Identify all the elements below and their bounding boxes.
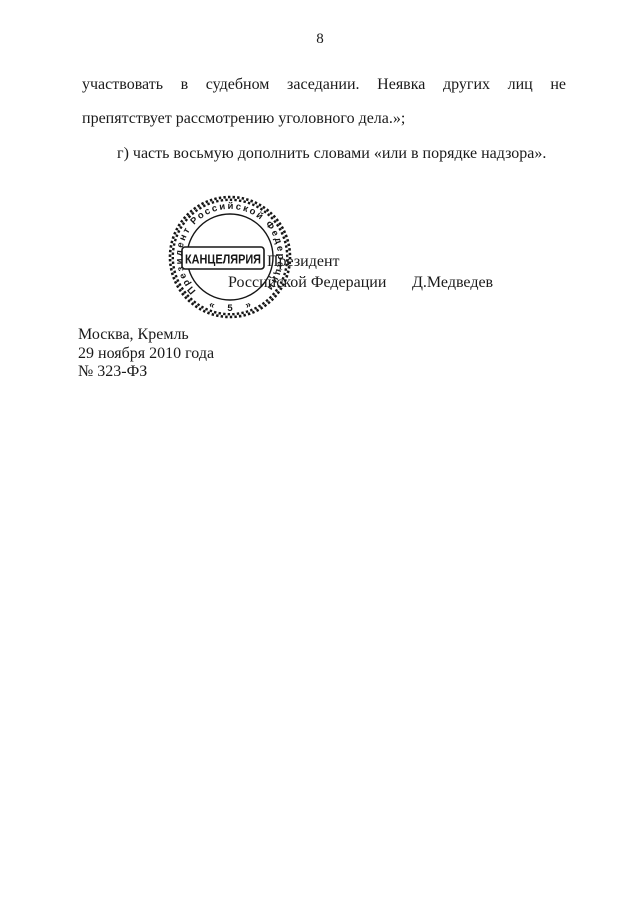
stamp-center-box <box>182 247 264 269</box>
issuance-number: № 323-ФЗ <box>78 363 214 382</box>
stamp-bottom-number: « 5 » <box>207 299 252 314</box>
body-text-item-g: г) часть восьмую дополнить словами «или … <box>117 144 546 164</box>
document-page: 8 участвовать в судебном заседании. Неяв… <box>0 0 640 905</box>
signature-title-line-1: Президент <box>267 252 340 272</box>
signature-name: Д.Медведев <box>412 273 493 293</box>
issuance-date: 29 ноября 2010 года <box>78 345 214 364</box>
issuance-block: Москва, Кремль 29 ноября 2010 года № 323… <box>78 326 214 382</box>
body-text-line-1: участвовать в судебном заседании. Неявка… <box>82 75 566 95</box>
signature-title-line-2: Российской Федерации <box>228 273 386 293</box>
stamp-center-text: КАНЦЕЛЯРИЯ <box>185 252 261 267</box>
body-text-line-2: препятствует рассмотрению уголовного дел… <box>82 109 405 129</box>
issuance-place: Москва, Кремль <box>78 326 214 345</box>
page-number: 8 <box>0 30 640 48</box>
